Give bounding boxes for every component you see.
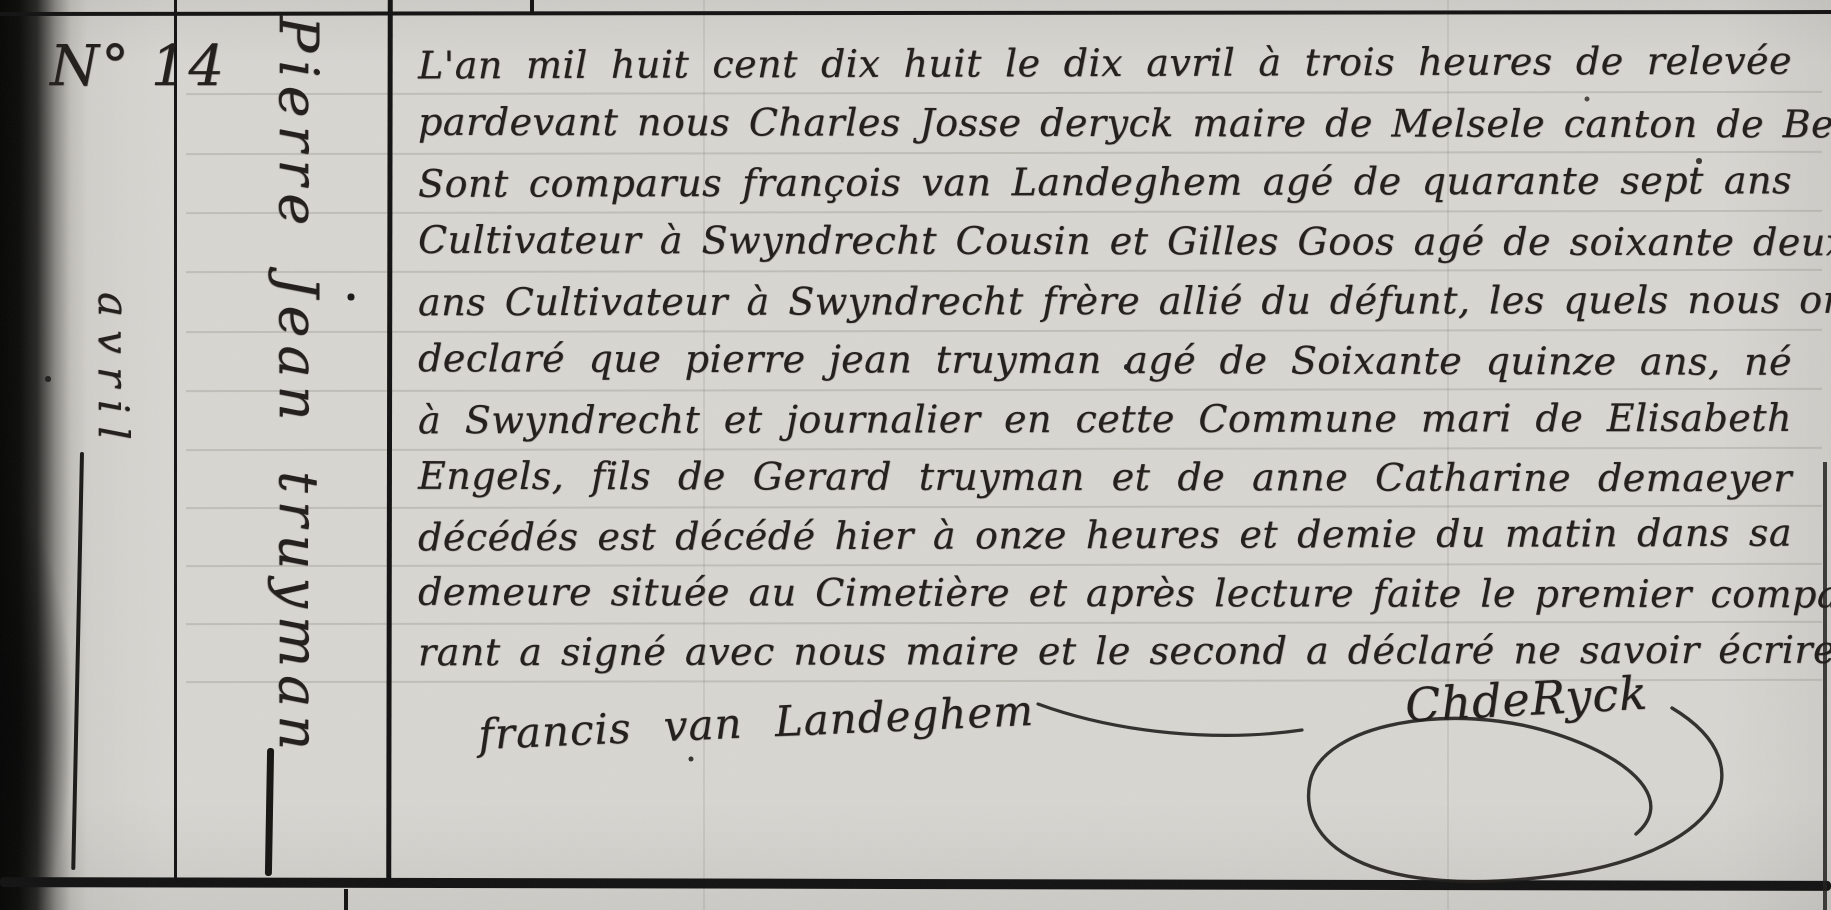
ruling-line (186, 388, 1822, 392)
act-text-line: declaré que pierre jean truyman agé de S… (418, 339, 1792, 381)
signature-flourish-paraph (1000, 660, 1800, 910)
ruling-line (186, 329, 1822, 333)
signature-declarant: francis van Landeghem (477, 686, 1035, 759)
ruling-line (186, 621, 1822, 625)
act-text-line: ans Cultivateur à Swyndrecht frère allié… (418, 281, 1792, 321)
scanned-death-record-page: N° 14 avril Pierre Jean truyman L'an mil… (0, 0, 1831, 910)
act-text-line: à Swyndrecht et journalier en cette Comm… (418, 399, 1792, 439)
act-text-line: pardevant nous Charles Josse deryck mair… (418, 103, 1792, 143)
act-text-line: Sont comparus françois van Landeghem agé… (418, 161, 1792, 203)
deceased-name-margin: Pierre Jean truyman (267, 16, 330, 758)
record-number: N° 14 (50, 34, 226, 99)
name-underline-flourish (265, 748, 274, 876)
column-divider-number (174, 0, 177, 884)
ruling-line (186, 151, 1822, 155)
ruling-line (186, 505, 1822, 509)
act-text-line: décédés est décédé hier à onze heures et… (418, 514, 1792, 557)
next-row-line-fragment (344, 889, 348, 910)
act-text-line: L'an mil huit cent dix huit le dix avril… (418, 42, 1792, 85)
column-divider-name (386, 0, 393, 884)
ruling-line (186, 269, 1822, 273)
previous-row-line-fragment (530, 0, 534, 14)
ruling-line (186, 210, 1822, 214)
act-text-line: Engels, fils de Gerard truyman et de ann… (418, 457, 1792, 497)
signature-mayor: ChdeRyck (1404, 666, 1649, 733)
table-border-bottom (0, 877, 1831, 891)
ruling-line (186, 91, 1822, 95)
act-text-line: Cultivateur à Swyndrecht Cousin et Gille… (418, 221, 1792, 261)
ruling-line (186, 563, 1822, 567)
margin-month: avril (89, 292, 138, 488)
act-text-line: demeure située au Cimetière et après lec… (418, 573, 1792, 613)
ruling-line (186, 447, 1822, 451)
page-right-edge-line (1823, 462, 1827, 910)
scan-edge-shadow-blob (0, 500, 72, 910)
ink-specks (0, 0, 2, 2)
act-text-line: rant a signé avec nous maire et le secon… (418, 631, 1792, 671)
